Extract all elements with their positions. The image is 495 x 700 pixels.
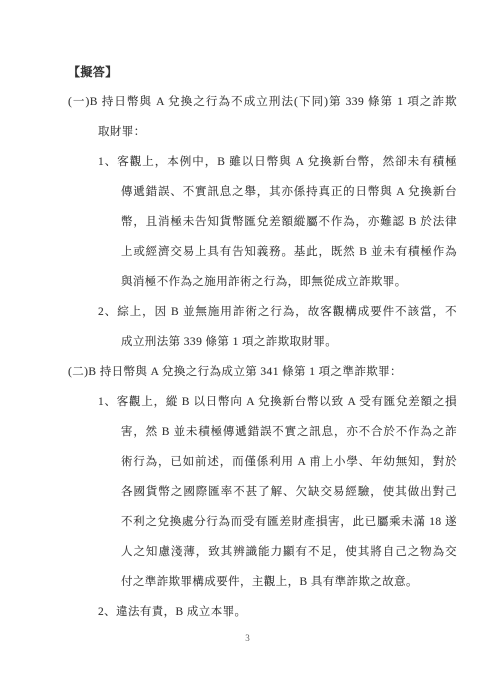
text-line: 1、客觀上，本例中，B 雖以日幣與 A 兌換新台幣，然卻未有積極 xyxy=(98,147,457,177)
text-line: 不利之兌換處分行為而受有匯差財產損害，此已屬乘未滿 18 遂 xyxy=(121,507,457,537)
text-line: 幣，且消極未告知貨幣匯兌差額縱屬不作為，亦難認 B 於法律 xyxy=(121,207,457,237)
text-line: 付之準詐欺罪構成要件，主觀上，B 具有準詐欺之故意。 xyxy=(121,567,495,597)
document-body: 【擬答】(一)B 持日幣與 A 兌換之行為不成立刑法(下同)第 339 條第 1… xyxy=(0,57,495,627)
text-line: (一)B 持日幣與 A 兌換之行為不成立刑法(下同)第 339 條第 1 項之詐… xyxy=(68,87,457,117)
text-line: 傳遞錯誤、不實訊息之舉，其亦係持真正的日幣與 A 兌換新台 xyxy=(121,177,457,207)
text-line: 成立刑法第 339 條第 1 項之詐欺取財罪。 xyxy=(121,327,495,357)
document-page: 【擬答】(一)B 持日幣與 A 兌換之行為不成立刑法(下同)第 339 條第 1… xyxy=(0,0,495,700)
text-line: 2、違法有責，B 成立本罪。 xyxy=(98,597,495,627)
text-line: 各國貨幣之國際匯率不甚了解、欠缺交易經驗，使其做出對己 xyxy=(121,477,457,507)
document-heading: 【擬答】 xyxy=(68,57,495,87)
text-line: 1、客觀上，縱 B 以日幣向 A 兌換新台幣以致 A 受有匯兌差額之損 xyxy=(98,387,457,417)
text-line: (二)B 持日幣與 A 兌換之行為成立第 341 條第 1 項之準詐欺罪： xyxy=(68,357,495,387)
text-line: 害，然 B 並未積極傳遞錯誤不實之訊息，亦不合於不作為之詐 xyxy=(121,417,457,447)
text-line: 術行為，已如前述，而僅係利用 A 甫上小學、年幼無知，對於 xyxy=(121,447,457,477)
text-line: 與消極不作為之施用詐術之行為，即無從成立詐欺罪。 xyxy=(121,267,495,297)
text-line: 人之知慮淺薄，致其辨識能力顯有不足，使其將自己之物為交 xyxy=(121,537,457,567)
page-number: 3 xyxy=(0,630,495,646)
text-line: 上或經濟交易上具有告知義務。基此，既然 B 並未有積極作為 xyxy=(121,237,457,267)
text-line: 取財罪： xyxy=(98,117,495,147)
text-line: 2、綜上，因 B 並無施用詐術之行為，故客觀構成要件不該當，不 xyxy=(98,297,457,327)
